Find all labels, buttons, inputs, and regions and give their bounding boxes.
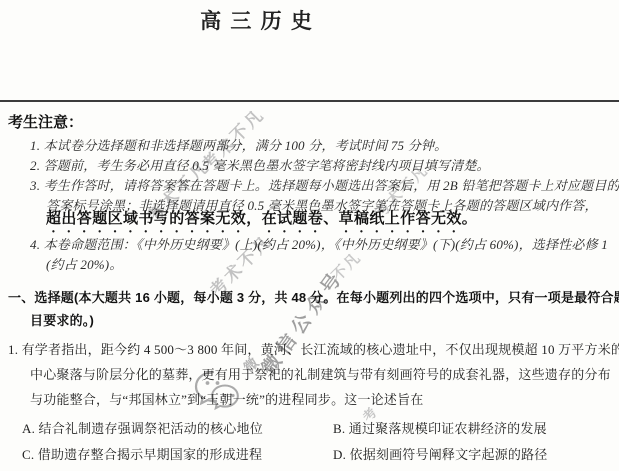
question-1-line-1: 1. 有学者指出，距今约 4 500～3 800 年间，黄河、长江流域的核心遗址… — [8, 341, 619, 358]
option-c: C. 借助遗存整合揭示早期国家的形成进程 — [22, 446, 262, 463]
section-heading-line-2: 目要求的。) — [30, 312, 94, 329]
page-title: 高 三 历 史 — [0, 5, 514, 35]
header-divider — [0, 100, 619, 102]
option-d: D. 依据刻画符号阐释文字起源的路径 — [333, 446, 548, 463]
notice-line-4: 4. 本卷命题范围：《中外历史纲要》(上)(约占 20%)，《中外历史纲要》(下… — [30, 236, 608, 253]
notice-emphasis-line: 超出答题区域书写的答案无效，在试题卷、草稿纸上作答无效。 — [46, 210, 477, 236]
notice-line-4-cont: (约占 20%)。 — [46, 256, 123, 273]
question-1-line-3: 与功能整合，与“邦国林立”到“王朝一统”的进程同步。这一论述旨在 — [30, 391, 423, 408]
notice-line-1: 1. 本试卷分选择题和非选择题两部分，满分 100 分，考试时间 75 分钟。 — [30, 137, 447, 154]
option-b: B. 通过聚落规模印证农耕经济的发展 — [333, 420, 547, 437]
question-1-line-2: 中心聚落与阶层分化的墓葬，更有用于祭祀的礼制建筑与带有刻画符号的成套礼器，这些遗… — [30, 366, 611, 383]
exam-paper-page: 考术不凡 考术不凡 考术不凡 考术不凡 不凡 微信公众号 微 考 高 三 — [0, 0, 619, 471]
watermark-wechat-account-text: 微信公众号 — [254, 262, 349, 379]
notice-heading: 考生注意： — [8, 111, 83, 132]
notice-line-2: 2. 答题前，考生务必用直径 0.5 毫米黑色墨水签字笔将密封线内项目填写清楚。 — [30, 157, 490, 174]
option-a: A. 结合礼制遗存强调祭祀活动的核心地位 — [22, 420, 263, 437]
notice-line-3: 3. 考生作答时，请将答案答在答题卡上。选择题每小题选出答案后，用 2B 铅笔把… — [30, 177, 619, 194]
section-heading-line-1: 一、选择题(本大题共 16 小题，每小题 3 分，共 48 分。在每小题列出的四… — [8, 289, 619, 306]
